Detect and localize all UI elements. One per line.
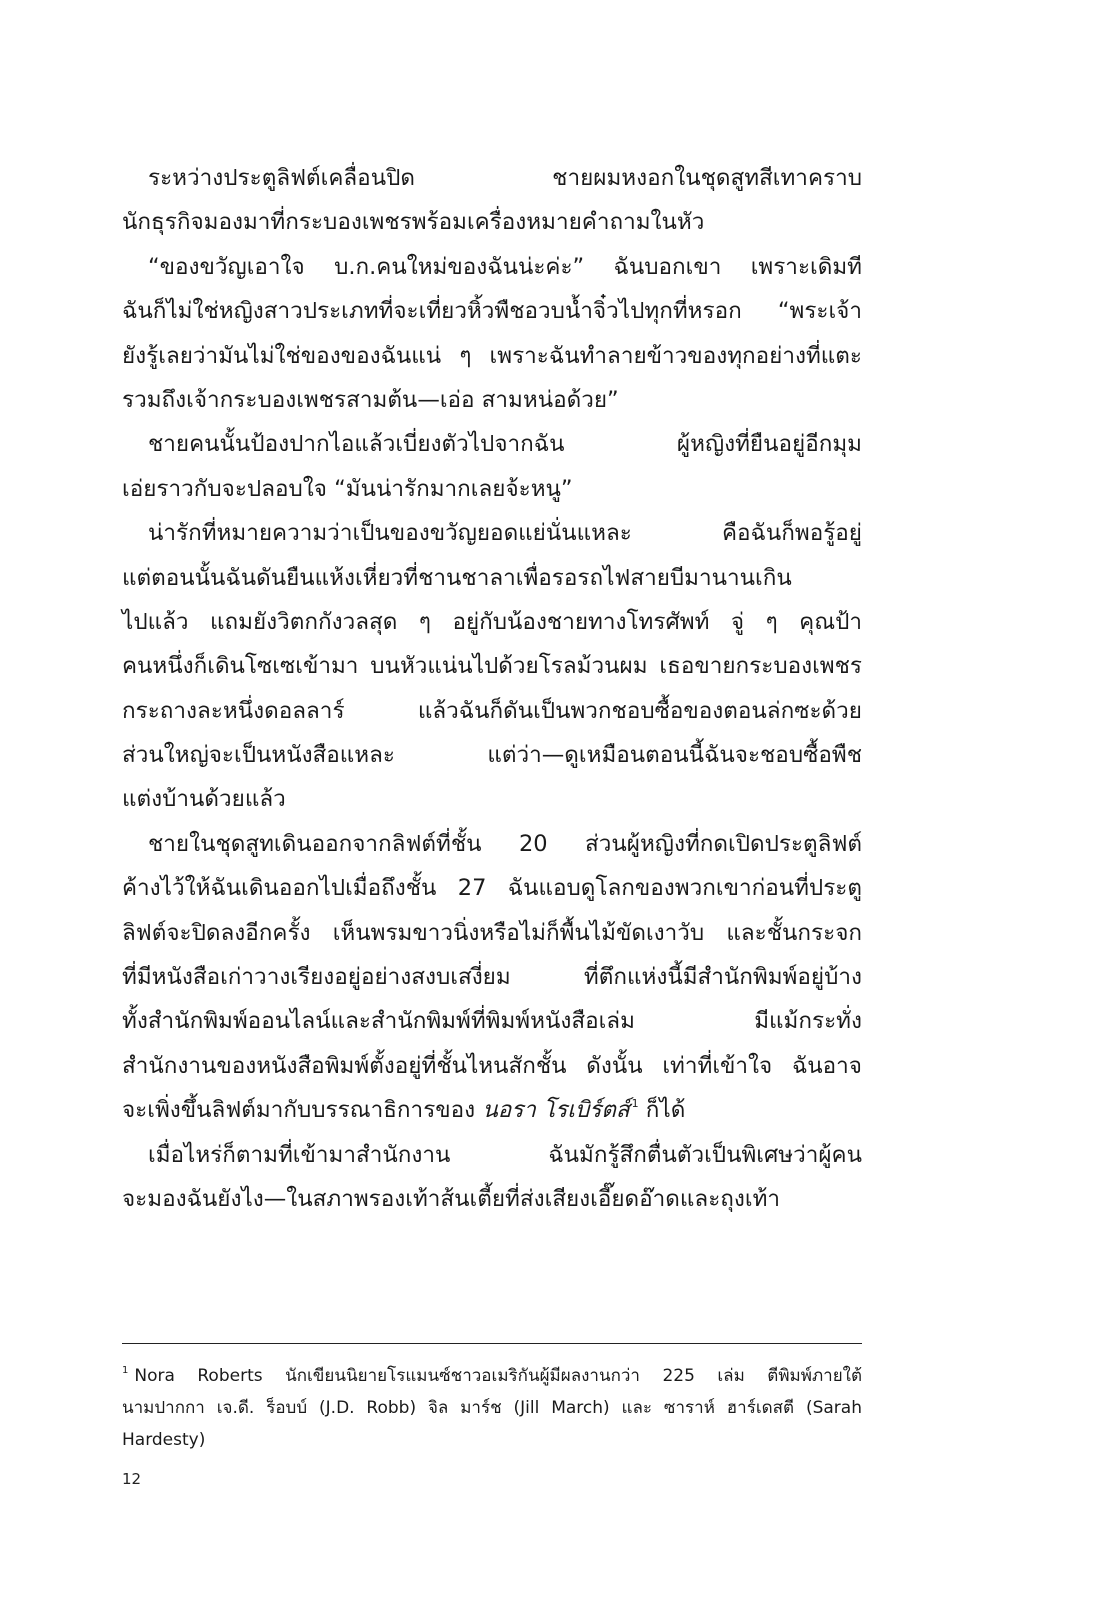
text-line: “ของขวัญเอาใจ บ.ก.คนใหม่ของฉันน่ะค่ะ” ฉั… bbox=[122, 245, 862, 289]
text-line: ระหว่างประตูลิฟต์เคลื่อนปิด ชายผมหงอกในช… bbox=[122, 156, 862, 200]
text-line: ส่วนใหญ่จะเป็นหนังสือแหละ แต่ว่า—ดูเหมือ… bbox=[122, 733, 862, 777]
body-text: ระหว่างประตูลิฟต์เคลื่อนปิด ชายผมหงอกในช… bbox=[122, 156, 862, 1221]
footnote-line: นามปากกา เจ.ดี. ร็อบบ์ (J.D. Robb) จิล ม… bbox=[122, 1392, 862, 1424]
author-name-italic: นอรา โรเบิร์ตส์ bbox=[482, 1097, 629, 1123]
text-line: ลิฟต์จะปิดลงอีกครั้ง เห็นพรมขาวนิ่งหรือไ… bbox=[122, 911, 862, 955]
page-number: 12 bbox=[122, 1470, 141, 1488]
text-line: ค้างไว้ให้ฉันเดินออกไปเมื่อถึงชั้น 27 ฉั… bbox=[122, 866, 862, 910]
text-line: จะมองฉันยังไง—ในสภาพรองเท้าส้นเตี้ยที่ส่… bbox=[122, 1177, 862, 1221]
text-line: รวมถึงเจ้ากระบองเพชรสามต้น—เอ่อ สามหน่อด… bbox=[122, 378, 862, 422]
text-line: ฉันก็ไม่ใช่หญิงสาวประเภทที่จะเที่ยวหิ้วพ… bbox=[122, 289, 862, 333]
text-line-with-footnote: จะเพิ่งขึ้นลิฟต์มากับบรรณาธิการของ นอรา … bbox=[122, 1088, 862, 1132]
text-line: คนหนึ่งก็เดินโซเซเข้ามา บนหัวแน่นไปด้วยโ… bbox=[122, 644, 862, 688]
footnote-divider bbox=[122, 1343, 862, 1344]
text-line: เมื่อไหร่ก็ตามที่เข้ามาสำนักงาน ฉันมักรู… bbox=[122, 1133, 862, 1177]
footnote: 1Nora Roberts นักเขียนนิยายโรแมนซ์ชาวอเม… bbox=[122, 1360, 862, 1456]
text-line: เอ่ยราวกับจะปลอบใจ “มันน่ารักมากเลยจ้ะหน… bbox=[122, 467, 862, 511]
text-line: ชายในชุดสูทเดินออกจากลิฟต์ที่ชั้น 20 ส่ว… bbox=[122, 822, 862, 866]
text-line: ทั้งสำนักพิมพ์ออนไลน์และสำนักพิมพ์ที่พิม… bbox=[122, 999, 862, 1043]
text-segment: ก็ได้ bbox=[639, 1097, 686, 1123]
text-line: ชายคนนั้นป้องปากไอแล้วเบี่ยงตัวไปจากฉัน … bbox=[122, 422, 862, 466]
book-page: ระหว่างประตูลิฟต์เคลื่อนปิด ชายผมหงอกในช… bbox=[0, 0, 1109, 1621]
text-line: ที่มีหนังสือเก่าวางเรียงอยู่อย่างสงบเสงี… bbox=[122, 955, 862, 999]
text-line: กระถางละหนึ่งดอลลาร์ แล้วฉันก็ดันเป็นพวก… bbox=[122, 689, 862, 733]
text-segment: จะเพิ่งขึ้นลิฟต์มากับบรรณาธิการของ bbox=[122, 1097, 482, 1123]
footnote-marker: 1 bbox=[122, 1365, 128, 1376]
text-line: ยังรู้เลยว่ามันไม่ใช่ของของฉันแน่ ๆ เพรา… bbox=[122, 334, 862, 378]
text-line: แต่ตอนนั้นฉันดันยืนแห้งเหี่ยวที่ชานชาลาเ… bbox=[122, 556, 862, 600]
text-line: น่ารักที่หมายความว่าเป็นของขวัญยอดแย่นั่… bbox=[122, 511, 862, 555]
footnote-text: Nora Roberts นักเขียนนิยายโรแมนซ์ชาวอเมร… bbox=[134, 1366, 862, 1386]
text-line: นักธุรกิจมองมาที่กระบองเพชรพร้อมเครื่องห… bbox=[122, 200, 862, 244]
text-line: ไปแล้ว แถมยังวิตกกังวลสุด ๆ อยู่กับน้องช… bbox=[122, 600, 862, 644]
footnote-reference[interactable]: 1 bbox=[632, 1097, 639, 1110]
text-line: แต่งบ้านด้วยแล้ว bbox=[122, 777, 862, 821]
text-line: สำนักงานของหนังสือพิมพ์ตั้งอยู่ที่ชั้นไห… bbox=[122, 1044, 862, 1088]
footnote-line: 1Nora Roberts นักเขียนนิยายโรแมนซ์ชาวอเม… bbox=[122, 1360, 862, 1392]
footnote-line: Hardesty) bbox=[122, 1424, 862, 1456]
